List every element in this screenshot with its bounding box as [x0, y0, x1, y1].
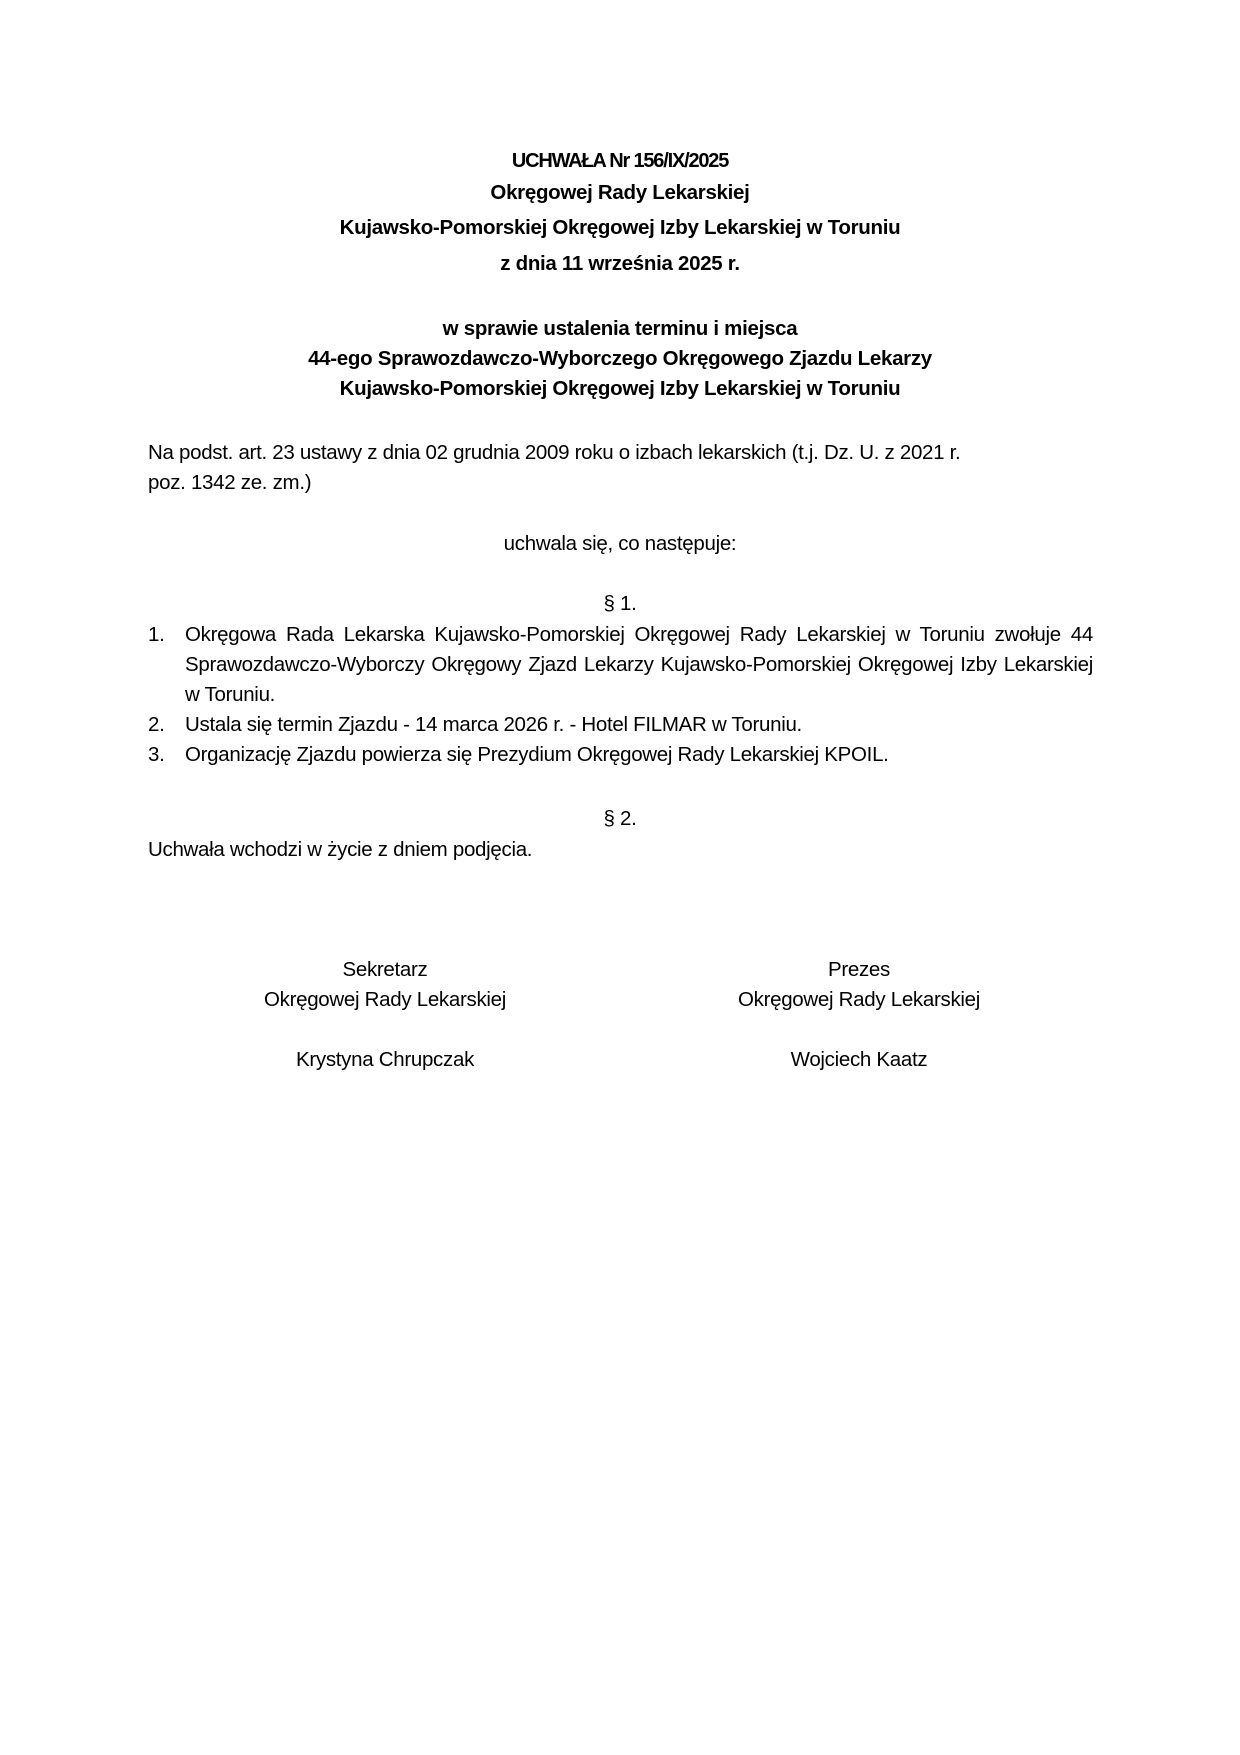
list-item-number: 1. [148, 620, 165, 650]
resolves-clause: uchwala się, co następuje: [0, 532, 1240, 556]
list-item: 1. Okręgowa Rada Lekarska Kujawsko-Pomor… [148, 620, 1093, 710]
list-item: 3. Organizację Zjazdu powierza się Prezy… [148, 740, 1093, 770]
legal-basis-line-2: poz. 1342 ze. zm.) [148, 468, 1093, 498]
subject-line-2: 44-ego Sprawozdawczo-Wyborczego Okręgowe… [0, 347, 1240, 371]
subject-line-1: w sprawie ustalenia terminu i miejsca [0, 317, 1240, 341]
signature-body: Okręgowej Rady Lekarskiej [185, 985, 585, 1015]
signature-name: Krystyna Chrupczak [185, 1045, 585, 1075]
signature-block-secretary: Sekretarz Okręgowej Rady Lekarskiej Krys… [185, 955, 585, 1075]
resolution-title: UCHWAŁA Nr 156/IX/2025 [0, 150, 1240, 173]
list-item-text: Ustala się termin Zjazdu - 14 marca 2026… [185, 713, 802, 736]
resolution-date: z dnia 11 września 2025 r. [0, 252, 1240, 276]
list-item-text: Organizację Zjazdu powierza się Prezydiu… [185, 743, 889, 766]
chamber-name: Kujawsko-Pomorskiej Okręgowej Izby Lekar… [0, 216, 1240, 240]
list-item-number: 3. [148, 740, 165, 770]
subject-line-3: Kujawsko-Pomorskiej Okręgowej Izby Lekar… [0, 377, 1240, 401]
signature-block-president: Prezes Okręgowej Rady Lekarskiej Wojciec… [659, 955, 1059, 1075]
signature-role: Sekretarz [185, 955, 585, 985]
issuing-body: Okręgowej Rady Lekarskiej [0, 181, 1240, 205]
list-item: 2. Ustala się termin Zjazdu - 14 marca 2… [148, 710, 1093, 740]
signature-body: Okręgowej Rady Lekarskiej [659, 985, 1059, 1015]
section-2-heading: § 2. [0, 807, 1240, 831]
list-item-text: Okręgowa Rada Lekarska Kujawsko-Pomorski… [185, 620, 1093, 710]
section-1-list: 1. Okręgowa Rada Lekarska Kujawsko-Pomor… [148, 620, 1093, 770]
section-1-heading: § 1. [0, 592, 1240, 616]
legal-basis: Na podst. art. 23 ustawy z dnia 02 grudn… [148, 438, 1093, 498]
document-page: UCHWAŁA Nr 156/IX/2025 Okręgowej Rady Le… [0, 0, 1240, 1755]
section-2-text: Uchwała wchodzi w życie z dniem podjęcia… [148, 835, 1093, 865]
legal-basis-line-1: Na podst. art. 23 ustawy z dnia 02 grudn… [148, 438, 1093, 468]
signature-name: Wojciech Kaatz [659, 1045, 1059, 1075]
list-item-number: 2. [148, 710, 165, 740]
signature-role: Prezes [659, 955, 1059, 985]
